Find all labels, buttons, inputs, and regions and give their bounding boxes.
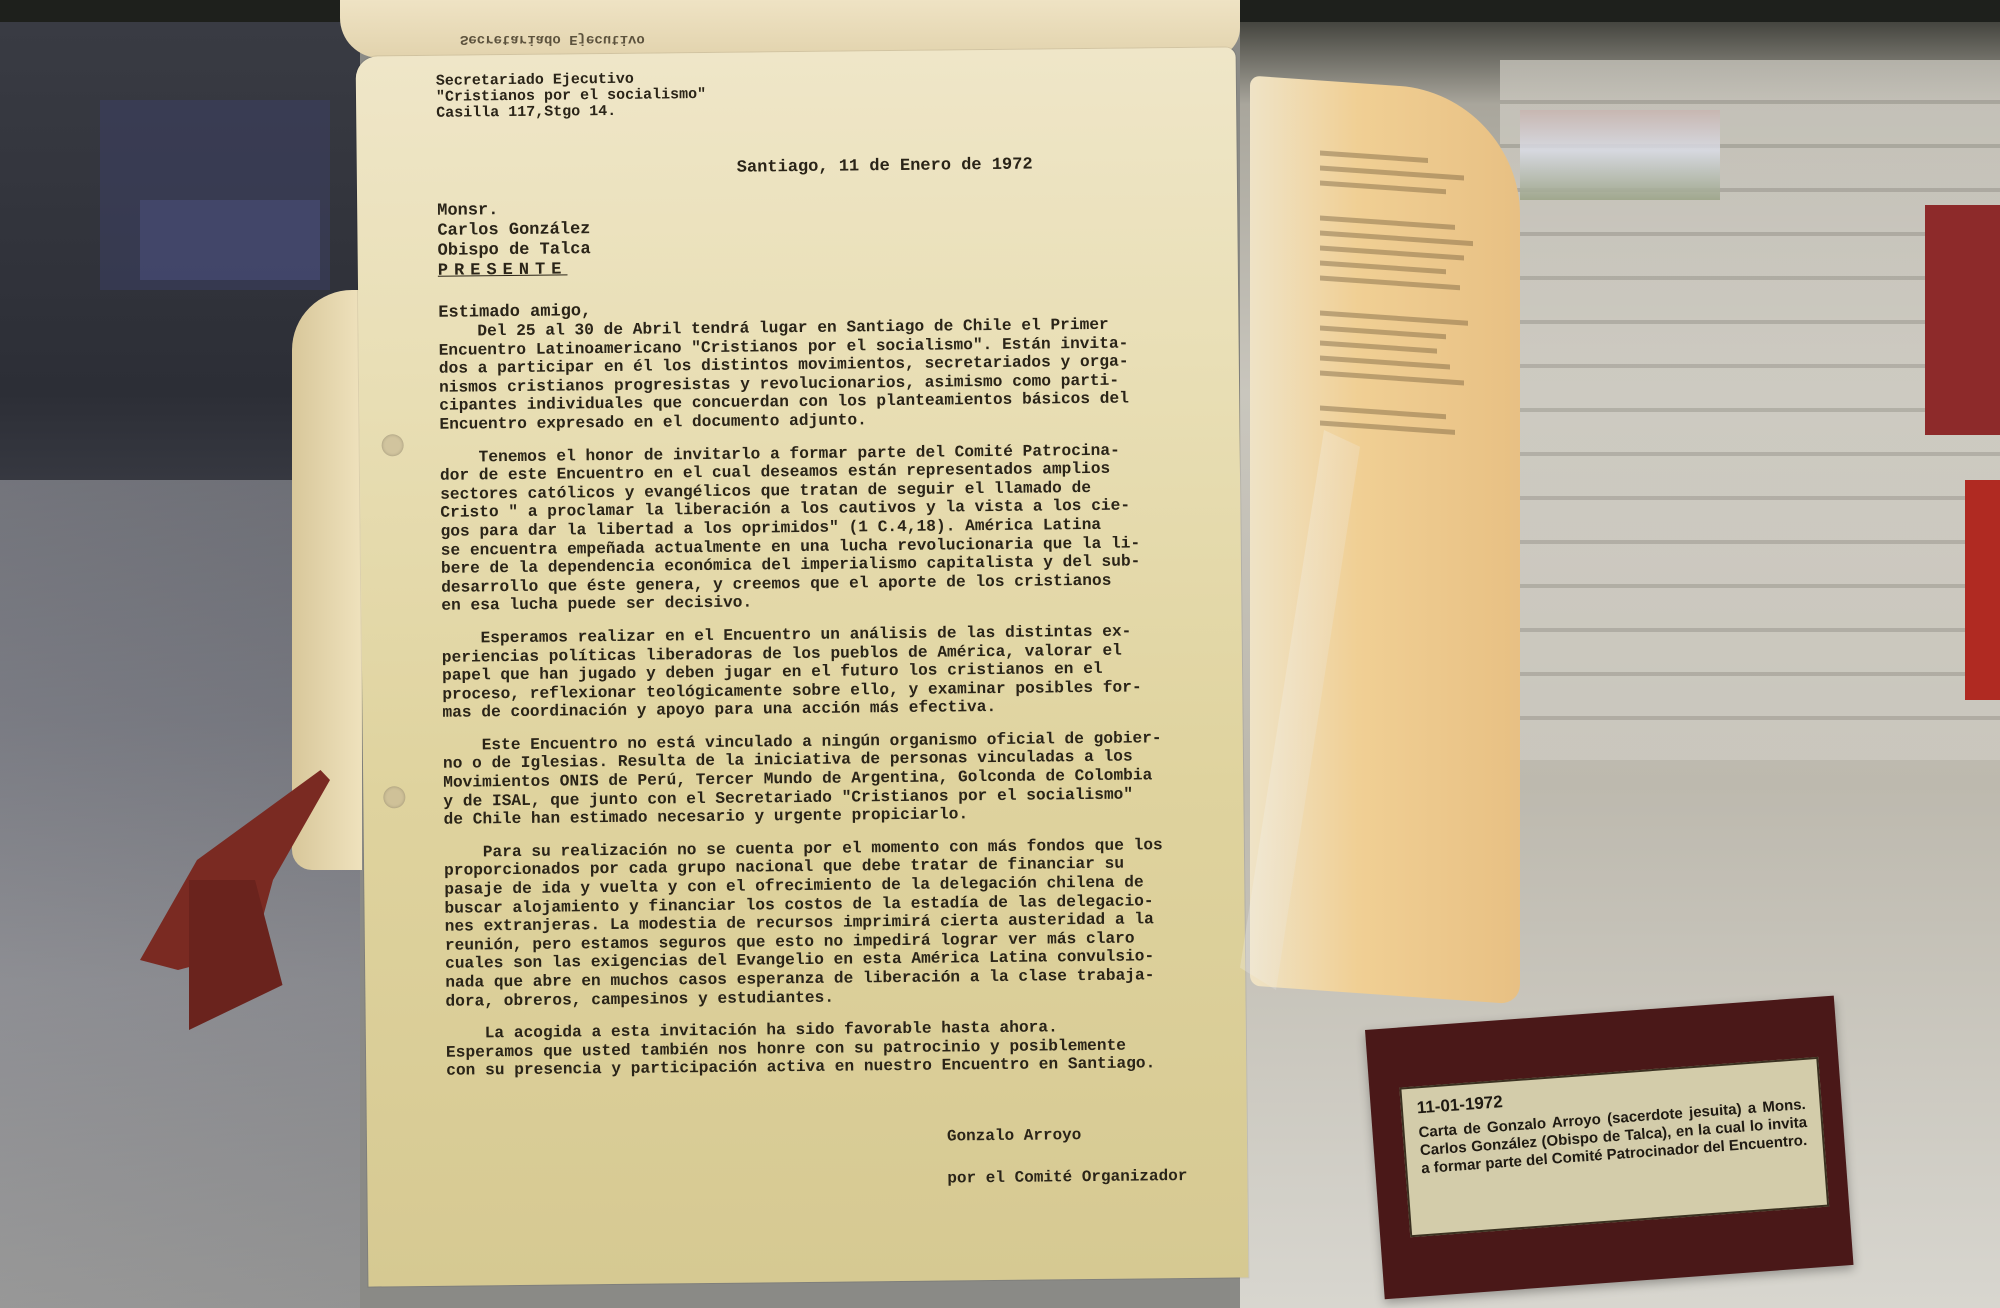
letter-paragraph: Del 25 al 30 de Abril tendrá lugar en Sa… [438,315,1209,435]
punch-hole [382,434,404,456]
back-sheet-illegible-text [1320,140,1500,448]
letter-date: Santiago, 11 de Enero de 1972 [737,156,1207,177]
letter-header: Secretariado Ejecutivo "Cristianos por e… [436,66,1206,122]
letter-body: Secretariado Ejecutivo "Cristianos por e… [436,66,1218,1193]
letter-paragraph: Esperamos realizar en el Encuentro un an… [442,622,1213,723]
letter-signature-role: por el Comité Organizador [947,1167,1217,1188]
previous-line: Secretariado Ejecutivo [460,32,712,46]
letter-paragraph: Tenemos el honor de invitarlo a formar p… [440,440,1212,615]
letter-paragraph: Este Encuentro no está vinculado a ningú… [443,729,1214,830]
museum-label-plate: 11-01-1972 Carta de Gonzalo Arroyo (sace… [1399,1057,1829,1237]
letter-signature: Gonzalo Arroyo [947,1125,1217,1146]
punch-hole [383,786,405,808]
museum-label-card: 11-01-1972 Carta de Gonzalo Arroyo (sace… [1365,996,1854,1300]
letter-paragraph: Para su realización no se cuenta por el … [444,836,1216,1011]
letter-document: Secretariado Ejecutivo "Cristianos por e… [356,47,1249,1286]
background-blue-sign [140,200,320,280]
letter-paragraph: La acogida a esta invitación ha sido fav… [446,1017,1217,1081]
background-red-box [1925,205,2000,435]
letter-recipient: Monsr. Carlos González Obispo de Talca P… [437,194,1208,282]
background-red-box-lower [1965,480,2000,700]
background-window [1520,110,1720,200]
display-case-scene: "Cristianos por el socialismo" Secretari… [0,0,2000,1308]
